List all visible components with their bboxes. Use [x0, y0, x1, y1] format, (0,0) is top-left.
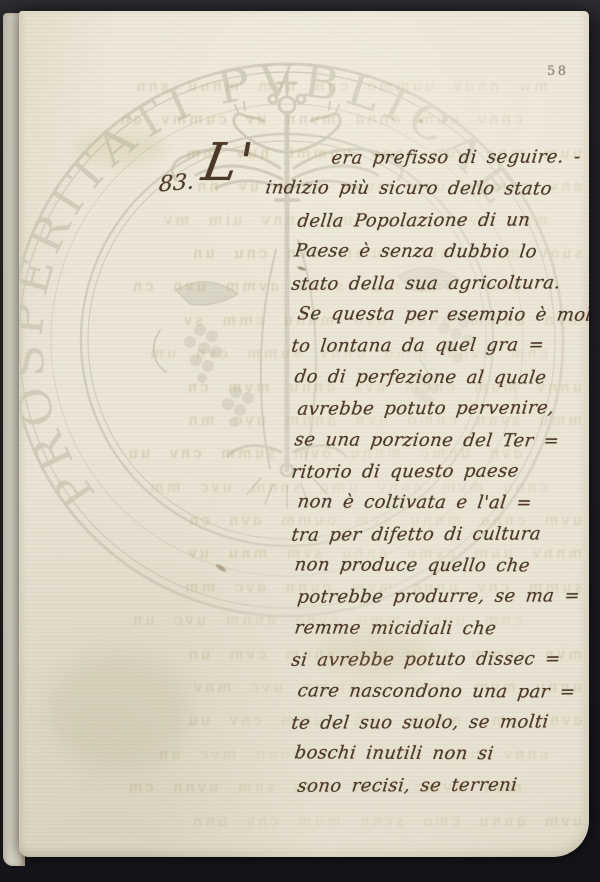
paper-fleck	[418, 119, 423, 123]
manuscript-line: sono recisi, se terreni	[295, 774, 589, 807]
foxing-stain	[75, 131, 165, 165]
manuscript-line: te del suo suolo, se molti	[289, 711, 589, 744]
manuscript-line: tra per difetto di cultura	[289, 523, 589, 556]
foxing-stain	[49, 651, 189, 771]
manuscript-line: non è coltivata e l'al =	[295, 492, 589, 525]
folio-number: 58	[547, 64, 569, 79]
manuscript-line: care nascondono una par =	[295, 680, 589, 713]
margin-paragraph-number: 83.	[158, 170, 195, 198]
manuscript-line: indizio più sicuro dello stato	[263, 178, 589, 211]
manuscript-line: do di perfezione al quale	[292, 366, 589, 399]
manuscript-line: ritorio di questo paese	[289, 460, 589, 493]
initial-letter: L'	[198, 133, 257, 193]
manuscript-line: potrebbe produrre, se ma =	[295, 586, 589, 619]
manuscript-line: avrebbe potuto pervenire,	[295, 397, 589, 430]
manuscript-text-block: era prefisso di seguire. -indizio più si…	[291, 147, 587, 806]
manuscript-line: to lontana da quel gra =	[289, 335, 589, 368]
manuscript-line: non produce quello che	[292, 554, 589, 587]
bleedthrough-line: uvm annu cmo svnn mum cnv unn	[23, 814, 583, 847]
scanned-manuscript-photo: PROSPERITATI PVBLICAE	[0, 0, 600, 882]
manuscript-line: era prefisso di seguire. -	[329, 146, 589, 179]
manuscript-line: stato della sua agricoltura.	[289, 272, 589, 305]
manuscript-line: Se questa per esempio è mol =	[295, 303, 589, 336]
manuscript-line: della Popolazione di un	[295, 209, 589, 242]
manuscript-line: boschi inutili non si	[292, 743, 589, 776]
manuscript-line: se una porzione del Ter =	[292, 429, 589, 462]
foxing-stain	[319, 631, 429, 675]
manuscript-page: PROSPERITATI PVBLICAE	[19, 11, 589, 857]
bleedthrough-line: mw nnuv uummo cnn uvm mnuu snn	[23, 79, 583, 112]
manuscript-line: Paese è senza dubbio lo	[292, 241, 589, 274]
